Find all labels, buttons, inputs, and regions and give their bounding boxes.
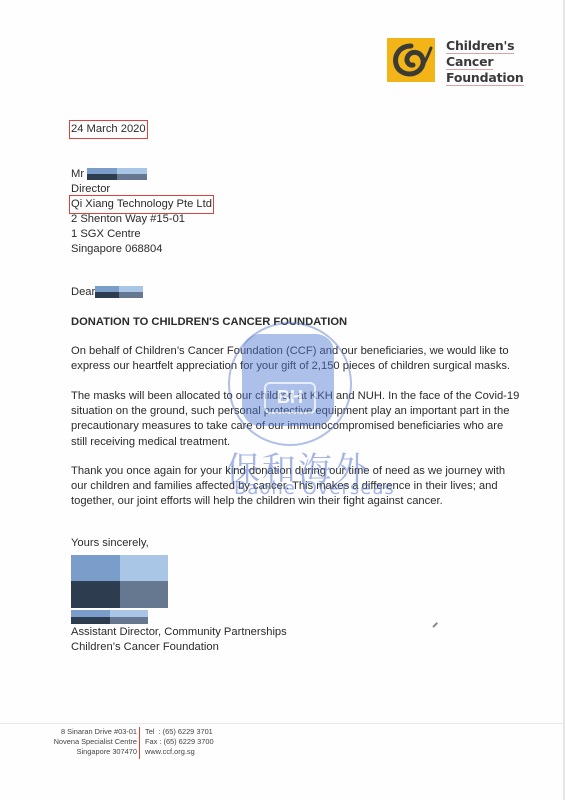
- redacted-signatory-name: [71, 610, 148, 624]
- watermark-badge: BH: [242, 334, 334, 426]
- footer-separator: [139, 727, 140, 759]
- logo-line-3: Foundation: [446, 70, 524, 86]
- letter-date: 24 March 2020: [71, 122, 146, 137]
- recipient-name-line: Mr: [71, 167, 147, 182]
- footer-address: 8 Sinaran Drive #03-01 Novena Specialist…: [54, 727, 137, 757]
- footer-address-1: 8 Sinaran Drive #03-01: [54, 727, 137, 737]
- redacted-signature: [71, 555, 168, 608]
- footer-website[interactable]: www.ccf.org.sg: [145, 747, 214, 757]
- greeting: Dear: [71, 286, 95, 298]
- ccf-logo: Children's Cancer Foundation: [387, 38, 524, 86]
- greeting-line: Dear: [71, 285, 143, 300]
- footer-address-3: Singapore 307470: [54, 747, 137, 757]
- logo-line-2: Cancer: [446, 54, 493, 70]
- ccf-wordmark: Children's Cancer Foundation: [446, 38, 524, 86]
- recipient-address-3: Singapore 068804: [71, 242, 162, 257]
- footer-contact: Tel : (65) 6229 3701 Fax : (65) 6229 370…: [145, 727, 214, 757]
- closing: Yours sincerely,: [71, 536, 149, 551]
- pen-mark: [432, 622, 437, 627]
- recipient-company: Qi Xiang Technology Pte Ltd: [71, 197, 212, 212]
- signatory-title: Assistant Director, Community Partnershi…: [71, 625, 287, 640]
- footer-divider: [0, 723, 565, 724]
- footer-address-2: Novena Specialist Centre: [54, 737, 137, 747]
- footer-tel: Tel : (65) 6229 3701: [145, 727, 214, 737]
- recipient-address-2: 1 SGX Centre: [71, 227, 141, 242]
- signatory-org: Children’s Cancer Foundation: [71, 640, 219, 655]
- watermark-english-text: Baohe Overseas: [234, 478, 395, 499]
- baohe-watermark-logo: BH: [228, 322, 352, 446]
- recipient-title: Director: [71, 182, 110, 197]
- letter-page: Children's Cancer Foundation 24 March 20…: [0, 0, 565, 800]
- salutation-prefix: Mr: [71, 168, 84, 180]
- footer-fax: Fax : (65) 6229 3700: [145, 737, 214, 747]
- redacted-name: [87, 168, 147, 181]
- logo-line-1: Children's: [446, 38, 514, 54]
- watermark-bh-letters: BH: [264, 382, 316, 414]
- ccf-swirl-icon: [387, 38, 435, 82]
- redacted-greeting-name: [95, 286, 143, 299]
- recipient-address-1: 2 Shenton Way #15-01: [71, 212, 185, 227]
